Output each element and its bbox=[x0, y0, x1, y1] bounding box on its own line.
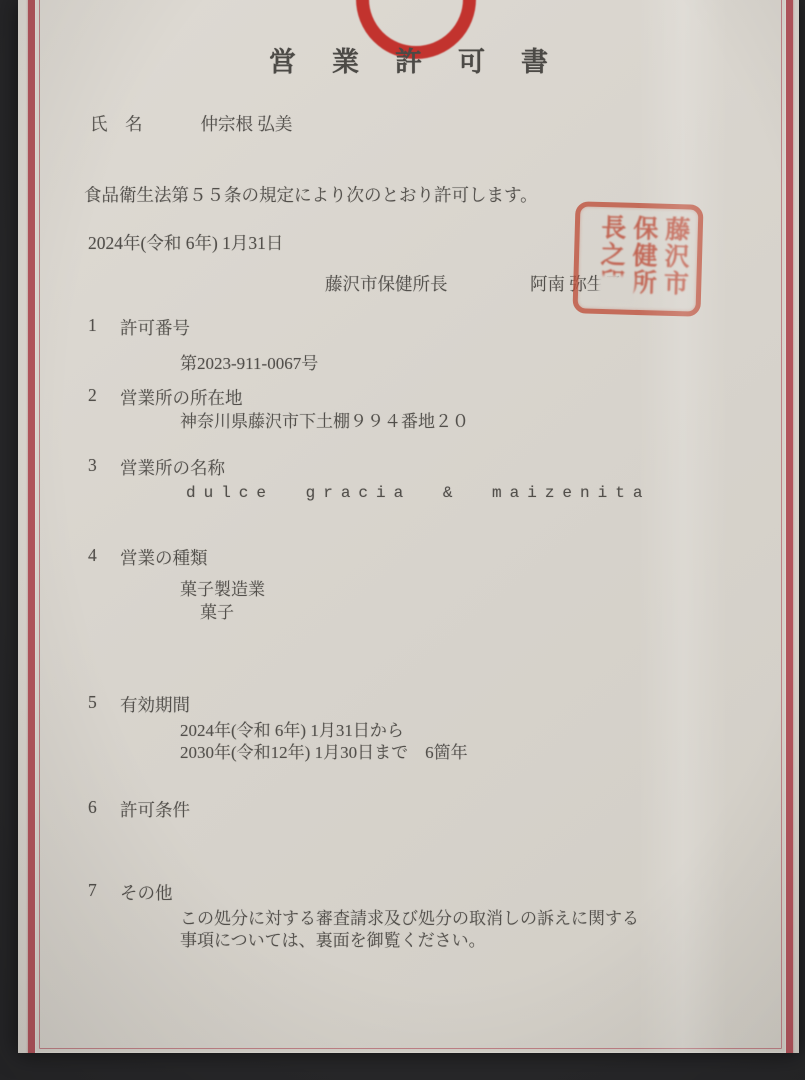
section-number: 5 bbox=[88, 692, 97, 713]
section-label: 営業所の名称 bbox=[120, 455, 225, 480]
seal-uninked-patch bbox=[598, 275, 635, 304]
issuer-title: 藤沢市保健所長 bbox=[325, 271, 448, 296]
section-number: 1 bbox=[88, 315, 97, 336]
name-label: 氏 名 bbox=[90, 114, 143, 134]
certificate-photo: 営業許可書 氏 名仲宗根 弘美 食品衛生法第５５条の規定により次のとおり許可しま… bbox=[0, 0, 805, 1080]
business-name-value: dulce gracia & maizenita bbox=[186, 484, 650, 502]
section-number: 3 bbox=[88, 455, 97, 476]
business-address-value: 神奈川県藤沢市下土棚９９４番地２０ bbox=[180, 407, 469, 432]
section-label: 許可番号 bbox=[120, 315, 190, 340]
other-note-line: 事項については、裏面を御覧ください。 bbox=[180, 926, 486, 951]
valid-period-until: 2030年(令和12年) 1月30日まで 6箇年 bbox=[180, 738, 468, 763]
section-number: 6 bbox=[88, 797, 97, 818]
section-label: 許可条件 bbox=[120, 797, 190, 822]
name-value: 仲宗根 弘美 bbox=[201, 114, 293, 134]
permit-number-value: 第2023-911-0067号 bbox=[180, 349, 318, 374]
section-number: 7 bbox=[88, 880, 97, 901]
section-number: 4 bbox=[88, 545, 97, 566]
business-type-line: 菓子 bbox=[200, 598, 234, 623]
business-type-line: 菓子製造業 bbox=[180, 575, 265, 600]
section-label: 営業の種類 bbox=[120, 545, 208, 570]
section-number: 2 bbox=[88, 385, 97, 406]
issue-date: 2024年(令和 6年) 1月31日 bbox=[88, 230, 283, 255]
section-label: 有効期間 bbox=[120, 692, 190, 717]
section-label: その他 bbox=[120, 880, 173, 905]
certificate-paper: 営業許可書 氏 名仲宗根 弘美 食品衛生法第５５条の規定により次のとおり許可しま… bbox=[18, 0, 799, 1053]
official-seal-stamp: 藤沢市保健所長之印 bbox=[572, 201, 703, 317]
document-title: 営業許可書 bbox=[18, 40, 799, 79]
name-row: 氏 名仲宗根 弘美 bbox=[90, 111, 292, 136]
intro-text: 食品衛生法第５５条の規定により次のとおり許可します。 bbox=[84, 182, 538, 207]
